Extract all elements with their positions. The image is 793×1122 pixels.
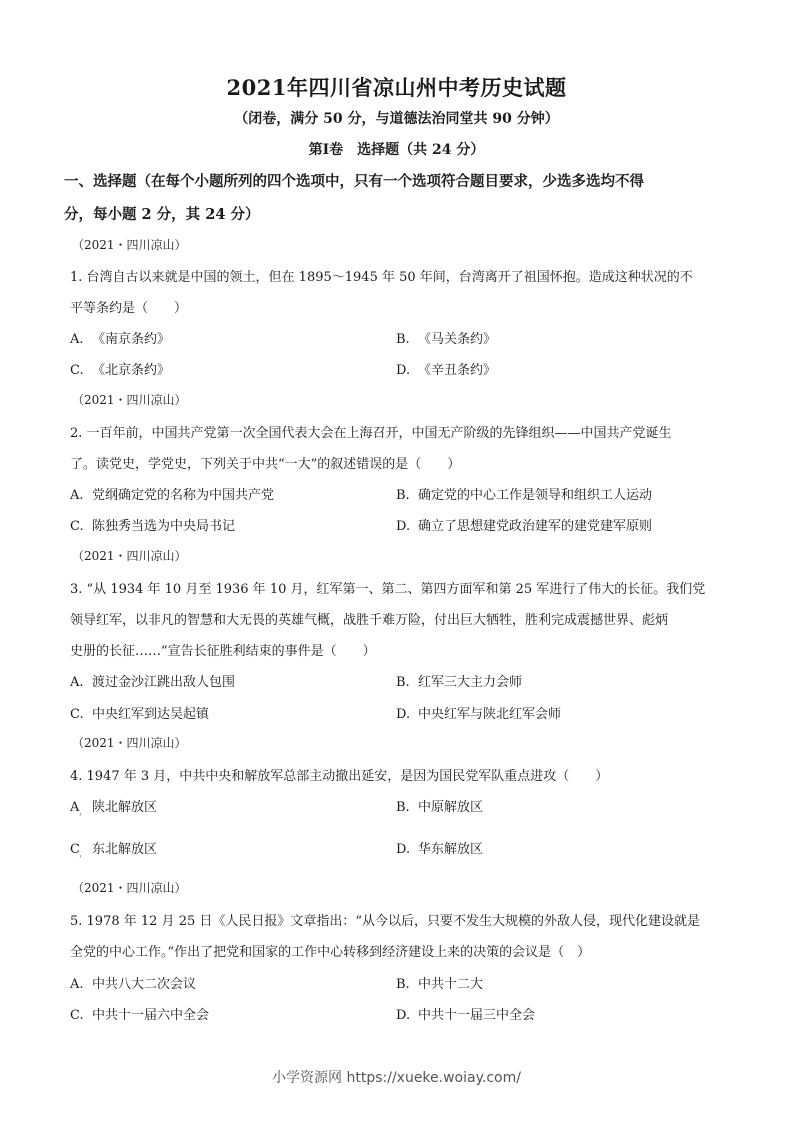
option-a: A陕北解放区	[70, 796, 157, 815]
option-letter: C.	[70, 707, 92, 722]
option-letter: B.	[396, 800, 418, 815]
option-letter: D.	[396, 363, 418, 378]
option-letter: C.	[70, 363, 92, 378]
document-title: 2021年四川省凉山州中考历史试题	[0, 72, 793, 102]
option-text: 中共八大二次会议	[92, 977, 196, 992]
option-d: D.确立了思想建党政治建军的建党建军原则	[396, 515, 652, 534]
footer-watermark: 小学资源网 https://xueke.woiay.com/	[0, 1067, 793, 1087]
question-stem-line: 全党的中心工作。”作出了把党和国家的工作中心转移到经济建设上来的决策的会议是（ …	[70, 941, 590, 960]
option-text: 中共十一届六中全会	[92, 1008, 209, 1023]
question-source: （2021・四川凉山）	[72, 879, 187, 896]
option-c: C.中共十一届六中全会	[70, 1004, 209, 1023]
option-letter: D.	[396, 707, 418, 722]
option-b: B.确定党的中心工作是领导和组织工人运动	[396, 484, 652, 503]
part-heading: 第Ⅰ卷 选择题（共 24 分）	[0, 139, 793, 159]
option-d: D.中共十一届三中全会	[396, 1004, 535, 1023]
option-text: 华东解放区	[418, 842, 483, 857]
option-letter: C.	[70, 1008, 92, 1023]
option-text: 中央红军到达吴起镇	[92, 707, 209, 722]
option-text: 确立了思想建党政治建军的建党建军原则	[418, 519, 652, 534]
option-a: A.中共八大二次会议	[70, 973, 196, 992]
option-d: D.中央红军与陕北红军会师	[396, 703, 561, 722]
option-letter: B.	[396, 488, 418, 503]
option-text: 渡过金沙江跳出敌人包围	[92, 675, 235, 690]
option-d: D.《辛丑条约》	[396, 359, 496, 378]
option-text: 《辛丑条约》	[418, 363, 496, 378]
option-letter: D.	[396, 1008, 418, 1023]
option-a: A.党纲确定党的名称为中国共产党	[70, 484, 274, 503]
question-stem-line: 5. 1978 年 12 月 25 日《人民日报》文章指出：“从今以后，只要不发…	[70, 910, 700, 929]
option-letter: A.	[70, 675, 92, 690]
option-text: 中共十一届三中全会	[418, 1008, 535, 1023]
option-b: B.《马关条约》	[396, 328, 496, 347]
option-text: 《北京条约》	[92, 363, 170, 378]
question-stem-line: 3. “从 1934 年 10 月至 1936 年 10 月，红军第一、第二、第…	[70, 578, 705, 597]
option-b: B.中原解放区	[396, 796, 483, 815]
question-stem-line: 平等条约是（ ）	[70, 297, 187, 316]
exam-conditions: （闭卷，满分 50 分，与道德法治同堂共 90 分钟）	[0, 108, 793, 128]
stray-mark: '	[79, 813, 81, 823]
section-instructions-line2: 分，每小题 2 分，其 24 分）	[64, 203, 259, 224]
section-instructions-line1: 一、选择题（在每个小题所列的四个选项中，只有一个选项符合题目要求，少选多选均不得	[64, 170, 644, 191]
question-stem-line: 了。读党史，学党史，下列关于中共“一大”的叙述错误的是（ ）	[70, 453, 460, 472]
option-text: 陕北解放区	[92, 800, 157, 815]
option-c: C.中央红军到达吴起镇	[70, 703, 209, 722]
option-b: B.中共十二大	[396, 973, 483, 992]
option-text: 红军三大主力会师	[418, 675, 522, 690]
option-text: 陈独秀当选为中央局书记	[92, 519, 235, 534]
option-text: 中央红军与陕北红军会师	[418, 707, 561, 722]
question-source: （2021・四川凉山）	[72, 734, 187, 751]
option-d: D.华东解放区	[396, 838, 483, 857]
option-text: 党纲确定党的名称为中国共产党	[92, 488, 274, 503]
option-letter: D.	[396, 842, 418, 857]
option-text: 中原解放区	[418, 800, 483, 815]
question-stem-line: 4. 1947 年 3 月，中共中央和解放军总部主动撤出延安，是因为国民党军队重…	[70, 765, 608, 784]
option-text: 《马关条约》	[418, 332, 496, 347]
option-letter: B.	[396, 977, 418, 992]
question-stem-line: 1. 台湾自古以来就是中国的领土，但在 1895～1945 年 50 年间，台湾…	[70, 266, 693, 285]
option-text: 确定党的中心工作是领导和组织工人运动	[418, 488, 652, 503]
option-c: C.《北京条约》	[70, 359, 170, 378]
option-text: 中共十二大	[418, 977, 483, 992]
question-source: （2021・四川凉山）	[72, 391, 187, 408]
option-letter: A.	[70, 977, 92, 992]
option-c: C.陈独秀当选为中央局书记	[70, 515, 235, 534]
option-c: C东北解放区	[70, 838, 157, 857]
option-a: A.《南京条约》	[70, 328, 170, 347]
question-source: （2021・四川凉山）	[72, 547, 187, 564]
option-b: B.红军三大主力会师	[396, 671, 522, 690]
option-letter: D.	[396, 519, 418, 534]
stray-mark: '	[79, 855, 81, 865]
option-letter: B.	[396, 332, 418, 347]
option-text: 东北解放区	[92, 842, 157, 857]
option-letter: A.	[70, 332, 92, 347]
option-letter: A.	[70, 488, 92, 503]
option-letter: B.	[396, 675, 418, 690]
question-stem-line: 领导红军，以非凡的智慧和大无畏的英雄气概，战胜千难万险，付出巨大牺牲，胜利完成震…	[70, 609, 668, 628]
option-text: 《南京条约》	[92, 332, 170, 347]
question-stem-line: 2. 一百年前，中国共产党第一次全国代表大会在上海召开，中国无产阶级的先锋组织—…	[70, 422, 672, 441]
question-stem-line: 史册的长征……”宣告长征胜利结束的事件是（ ）	[70, 640, 376, 659]
option-letter: C.	[70, 519, 92, 534]
question-source: （2021・四川凉山）	[72, 236, 187, 253]
option-a: A.渡过金沙江跳出敌人包围	[70, 671, 235, 690]
